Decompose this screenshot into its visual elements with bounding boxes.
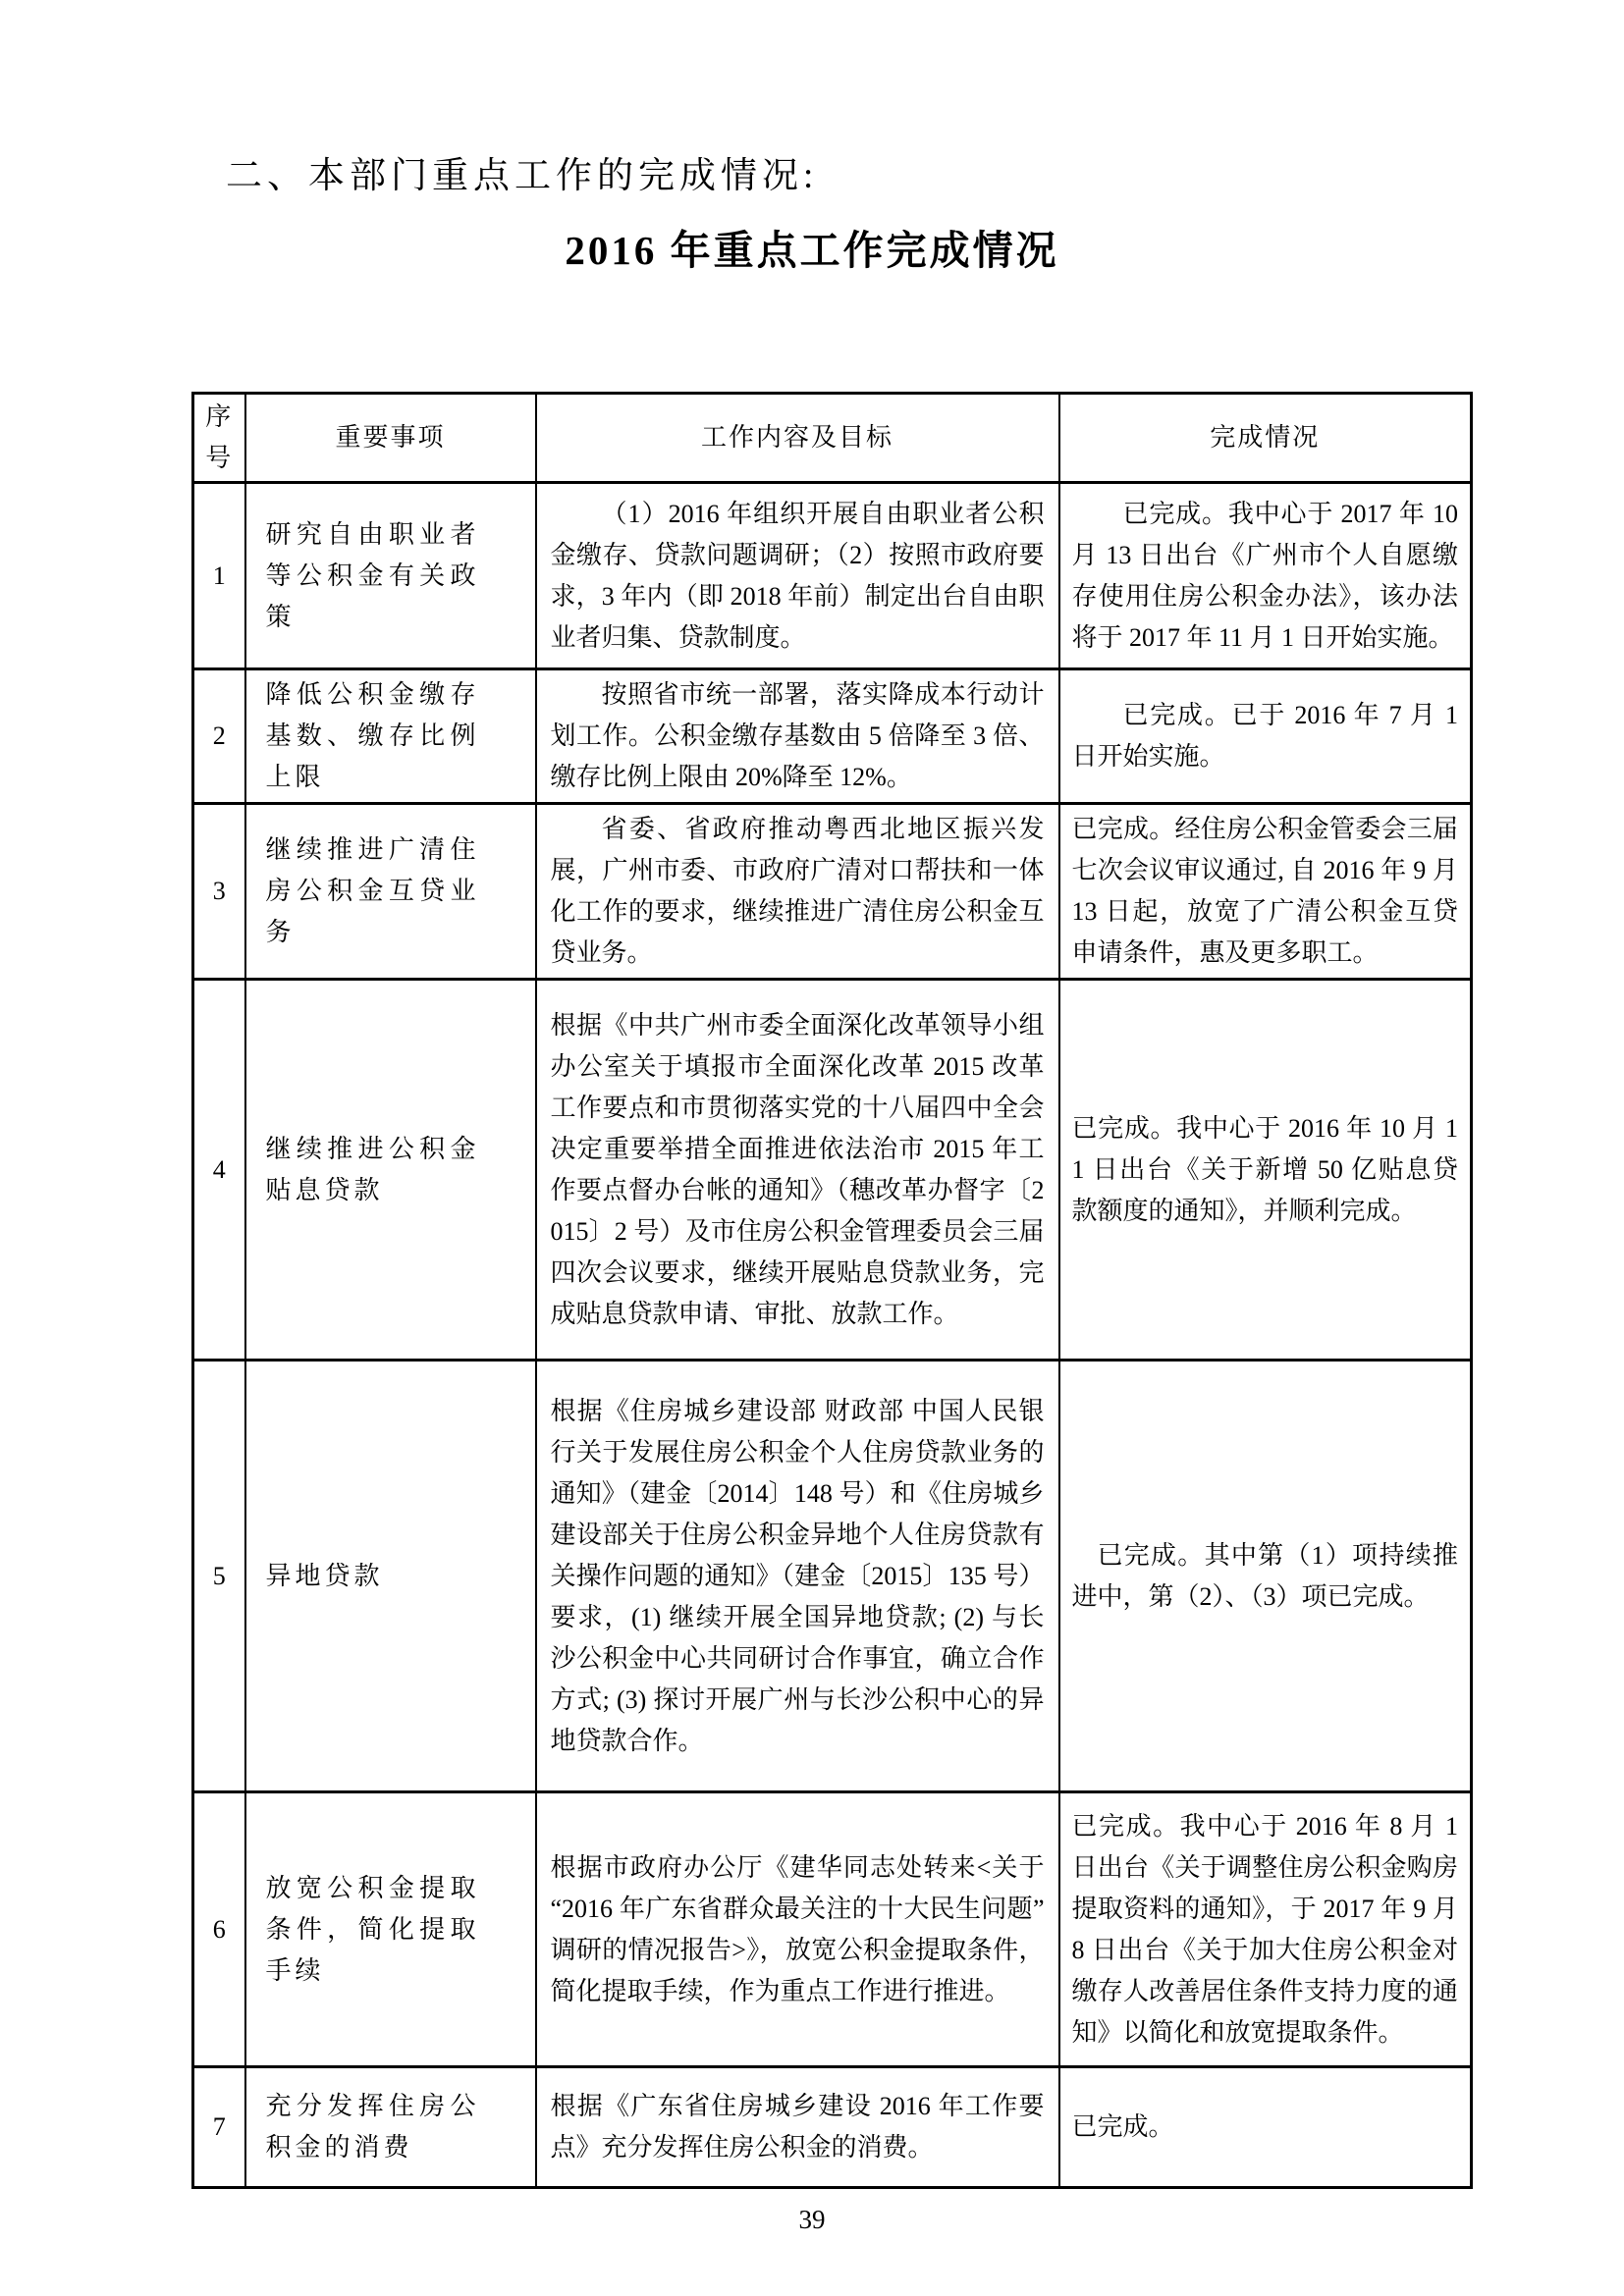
document-page: 二、本部门重点工作的完成情况: 2016 年重点工作完成情况 序号 重要事项 工… [0, 0, 1624, 2296]
table-row: 4 继续推进公积金贴息贷款 根据《中共广州市委全面深化改革领导小组办公室关于填报… [193, 980, 1472, 1361]
section-heading: 二、本部门重点工作的完成情况: [226, 145, 1624, 198]
table-row: 3 继续推进广清住房公积金互贷业务 省委、省政府推动粤西北地区振兴发展，广州市委… [193, 804, 1472, 980]
cell-content: （1）2016 年组织开展自由职业者公积金缴存、贷款问题调研；（2）按照市政府要… [536, 483, 1059, 669]
cell-content: 根据《住房城乡建设部 财政部 中国人民银行关于发展住房公积金个人住房贷款业务的通… [536, 1361, 1059, 1792]
cell-item: 充分发挥住房公积金的消费 [245, 2067, 536, 2188]
table-row: 5 异地贷款 根据《住房城乡建设部 财政部 中国人民银行关于发展住房公积金个人住… [193, 1361, 1472, 1792]
cell-status: 已完成。已于 2016 年 7 月 1 日开始实施。 [1059, 669, 1472, 804]
cell-item: 降低公积金缴存基数、缴存比例上限 [245, 669, 536, 804]
cell-no: 6 [193, 1792, 245, 2067]
table-row: 6 放宽公积金提取条件，简化提取手续 根据市政府办公厅《建华同志处转来<关于“2… [193, 1792, 1472, 2067]
table-row: 2 降低公积金缴存基数、缴存比例上限 按照省市统一部署，落实降成本行动计划工作。… [193, 669, 1472, 804]
cell-content: 根据市政府办公厅《建华同志处转来<关于“2016 年广东省群众最关注的十大民生问… [536, 1792, 1059, 2067]
cell-no: 5 [193, 1361, 245, 1792]
cell-status: 已完成。我中心于 2016 年 8 月 1 日出台《关于调整住房公积金购房提取资… [1059, 1792, 1472, 2067]
cell-item: 研究自由职业者等公积金有关政策 [245, 483, 536, 669]
cell-no: 4 [193, 980, 245, 1361]
header-status: 完成情况 [1059, 394, 1472, 483]
cell-item: 继续推进公积金贴息贷款 [245, 980, 536, 1361]
cell-no: 7 [193, 2067, 245, 2188]
cell-content: 按照省市统一部署，落实降成本行动计划工作。公积金缴存基数由 5 倍降至 3 倍、… [536, 669, 1059, 804]
cell-content: 根据《广东省住房城乡建设 2016 年工作要点》充分发挥住房公积金的消费。 [536, 2067, 1059, 2188]
cell-no: 2 [193, 669, 245, 804]
header-item: 重要事项 [245, 394, 536, 483]
table-header-row: 序号 重要事项 工作内容及目标 完成情况 [193, 394, 1472, 483]
header-no: 序号 [193, 394, 245, 483]
table-title: 2016 年重点工作完成情况 [0, 218, 1624, 276]
cell-no: 3 [193, 804, 245, 980]
cell-status: 已完成。我中心于 2016 年 10 月 11 日出台《关于新增 50 亿贴息贷… [1059, 980, 1472, 1361]
header-content: 工作内容及目标 [536, 394, 1059, 483]
cell-status: 已完成。经住房公积金管委会三届七次会议审议通过, 自 2016 年 9 月 13… [1059, 804, 1472, 980]
cell-status: 已完成。 [1059, 2067, 1472, 2188]
cell-content: 省委、省政府推动粤西北地区振兴发展，广州市委、市政府广清对口帮扶和一体化工作的要… [536, 804, 1059, 980]
cell-no: 1 [193, 483, 245, 669]
cell-status: 已完成。其中第（1）项持续推进中，第（2）、（3）项已完成。 [1059, 1361, 1472, 1792]
cell-content: 根据《中共广州市委全面深化改革领导小组办公室关于填报市全面深化改革 2015 改… [536, 980, 1059, 1361]
cell-item: 放宽公积金提取条件，简化提取手续 [245, 1792, 536, 2067]
table-row: 7 充分发挥住房公积金的消费 根据《广东省住房城乡建设 2016 年工作要点》充… [193, 2067, 1472, 2188]
table-row: 1 研究自由职业者等公积金有关政策 （1）2016 年组织开展自由职业者公积金缴… [193, 483, 1472, 669]
cell-status: 已完成。我中心于 2017 年 10 月 13 日出台《广州市个人自愿缴存使用住… [1059, 483, 1472, 669]
page-number: 39 [0, 2205, 1624, 2235]
key-work-table: 序号 重要事项 工作内容及目标 完成情况 1 研究自由职业者等公积金有关政策 （… [191, 392, 1473, 2189]
cell-item: 异地贷款 [245, 1361, 536, 1792]
cell-item: 继续推进广清住房公积金互贷业务 [245, 804, 536, 980]
